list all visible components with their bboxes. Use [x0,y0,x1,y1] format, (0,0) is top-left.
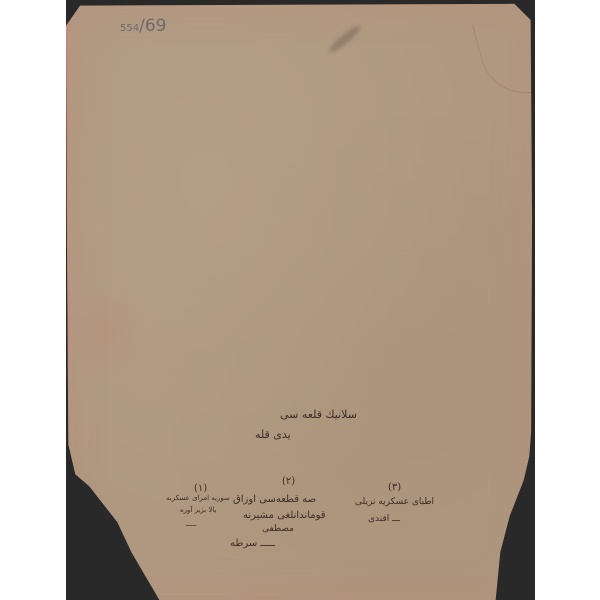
center-handwriting-line-1: سلانيك قلعه سی [280,408,357,421]
block-3-line-2: ـــ افندی [368,514,400,524]
block-1-line-2: بالا بزير آوره [180,506,217,514]
corner-crease [472,2,581,104]
label-number-3: (٣) [388,482,401,493]
label-number-1: (١) [194,483,207,494]
block-2-line-1: صه قطعه‌سی اوزاق [233,494,316,505]
label-number-2: (٢) [282,476,295,487]
block-1-line-1: سوريه امرای عسكريه [166,494,230,502]
catalog-number: 554/69 [120,16,166,36]
block-2-line-2: قوماندانلغی مشيرنه [243,510,326,521]
catalog-prefix: 554 [120,23,139,34]
catalog-suffix: /69 [139,16,166,36]
block-3-line-1: اطبای عسكريه نزيلی [355,497,434,507]
center-handwriting-line-2: يدی قله [255,428,291,441]
block-2-line-3: مصطفی [262,524,294,534]
block-2-line-4: ـــــ سرطه [230,538,275,549]
block-1-line-3: ـــــ [186,520,196,528]
